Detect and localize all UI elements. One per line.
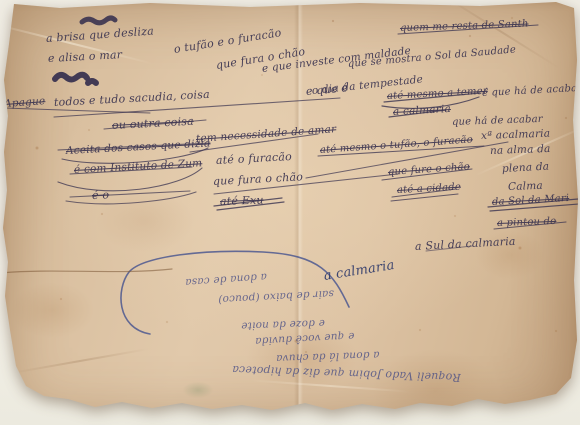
handwritten-note: plena da (502, 162, 550, 175)
handwritten-note: o tufão e o furacão (173, 27, 282, 55)
handwritten-note: é com Instituto de Zum (74, 158, 203, 175)
strike-necessidade (190, 134, 318, 152)
swoosh-aceita (58, 143, 210, 163)
strike-sul (426, 246, 472, 251)
crease-bottom-center (250, 379, 410, 392)
handwritten-note: que fura o chão (213, 171, 304, 187)
handwritten-note: todos e tudo sacudia, coisa (54, 89, 210, 108)
handwritten-note: a pintou do (497, 217, 557, 229)
handwritten-note: o dia da tempestade (311, 74, 423, 96)
handwritten-note: é o (92, 189, 110, 201)
strike-apague (4, 108, 150, 113)
scribble-word-top (82, 18, 115, 23)
paper-shadow-wrap: a brisa que deslizae alisa o maro tufão … (0, 0, 580, 425)
handwritten-note: até mesmo a temer (387, 87, 488, 102)
handwritten-note: que fura o chão (215, 46, 306, 71)
strike-sol-da-mari (488, 199, 579, 211)
handwritten-note: a calmaria (323, 259, 395, 283)
handwritten-note: ou outra coisa (112, 116, 194, 131)
handwritten-note: na alma da (490, 144, 551, 157)
strike-fure-chao (382, 169, 472, 180)
handwritten-note: que há de acabar (452, 115, 543, 128)
strike-top-right (398, 25, 538, 34)
handwritten-note: que se mostra o Sol da Saudade (348, 45, 517, 70)
strike-long-diagonal (214, 142, 508, 194)
crease-top-left (0, 21, 153, 64)
handwritten-note-flipped: e que você duvida (255, 330, 355, 346)
handwritten-note: que fure o chão (388, 162, 471, 178)
handwritten-note: e alisa o mar (48, 49, 123, 64)
manuscript-paper: a brisa que deslizae alisa o maro tufão … (0, 0, 580, 425)
handwritten-note-flipped: Roqueli Vado Jobim que diz da hipoteca (232, 364, 461, 383)
strike-exu (214, 198, 284, 210)
center-fold-crease (294, 0, 303, 425)
handwritten-note: até Exu (220, 194, 264, 207)
scribble-blob (55, 75, 96, 83)
handwritten-note: tem necessidade de amar (196, 124, 337, 144)
handwritten-note: até a cidade (397, 183, 462, 196)
handwritten-note-flipped: a dona de casa (185, 271, 267, 287)
handwritten-note: quem me resta de Santh (400, 20, 529, 34)
blue-loop (121, 251, 349, 334)
handwritten-note: a brisa que desliza (46, 25, 155, 44)
handwritten-note: da Sol da Mari (492, 194, 570, 208)
strike-long-top (54, 98, 340, 117)
handwritten-note: xª acalmaria (481, 129, 551, 142)
strike-pintou (494, 222, 566, 229)
strike-mesmo-temer (382, 93, 480, 108)
handwritten-note: até o furacão (216, 151, 293, 166)
handwritten-note: a calmaria (393, 104, 451, 118)
handwritten-note: é que há de acabar (482, 84, 580, 99)
crease-mid-right (475, 126, 580, 176)
handwritten-note: Calma (508, 181, 543, 193)
scanned-manuscript: a brisa que deslizae alisa o maro tufão … (0, 0, 580, 425)
handwritten-note: e que investe com maldade (261, 46, 411, 75)
strike-outra-coisa (104, 120, 206, 129)
crease-bottom-left (11, 348, 149, 374)
handwritten-note-flipped: sair de baixo (pouco) (218, 288, 334, 305)
strike-cidade (391, 189, 458, 201)
handwritten-note: até mesmo o tufão, o furacão (320, 135, 474, 156)
strike-calmaria-small (389, 110, 446, 117)
handwritten-note: e que é (306, 82, 349, 97)
swoosh-instituto (58, 167, 202, 191)
handwritten-note: a Sul da calmaria (415, 236, 516, 252)
swoosh-e-o (66, 191, 196, 204)
crease-top-right (440, 0, 560, 68)
handwritten-note: Apague (4, 96, 46, 109)
pen-marks-layer (0, 0, 580, 425)
strike-tufao (318, 146, 484, 156)
handwritten-note: Aceita dos casos que dizia (66, 138, 211, 156)
handwritten-note-flipped: e doze da noite (241, 318, 325, 331)
handwritten-note-flipped: a dona lá da chuva (276, 349, 380, 363)
paper-crack-left (0, 269, 172, 273)
